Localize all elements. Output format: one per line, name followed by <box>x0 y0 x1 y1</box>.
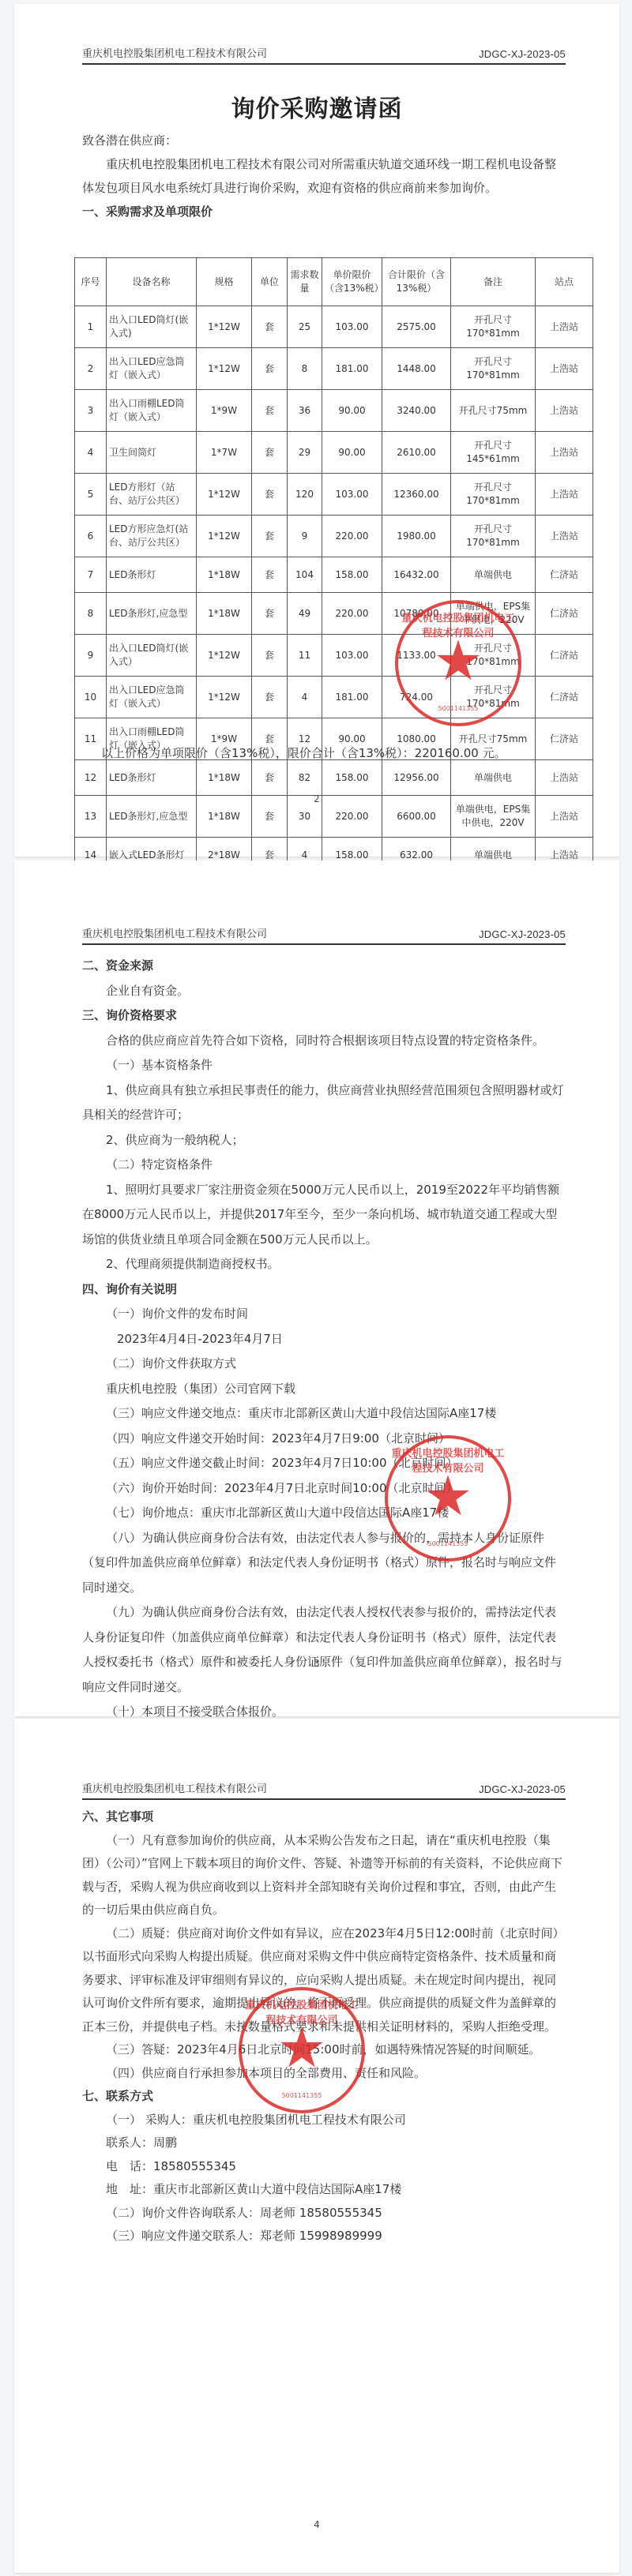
item-remark: 单端供电 <box>451 557 536 593</box>
item-spec: 1*9W <box>197 390 252 432</box>
section-2-body: 企业自有资金。 <box>82 979 567 1004</box>
col-header: 规格 <box>197 258 252 306</box>
item-remark: 开孔尺寸170*81mm <box>451 516 536 557</box>
item-remark: 开孔尺寸170*81mm <box>451 635 536 677</box>
total-price: 10780.00 <box>382 593 451 635</box>
other-item-2: （二）质疑：供应商对询价文件如有异议，应在2023年4月5日12:00时前（北京… <box>82 1922 567 2039</box>
page-number: 4 <box>14 2519 619 2530</box>
item-remark: 开孔尺寸170*81mm <box>451 306 536 348</box>
row-number: 3 <box>75 390 107 432</box>
table-row: 12LED条形灯1*18W套82158.0012956.00单端供电上浩站 <box>75 760 593 796</box>
col-header: 备注 <box>451 258 536 306</box>
item-quantity: 82 <box>288 760 322 796</box>
item-quantity: 4 <box>288 677 322 718</box>
page-4-body: 六、其它事项 （一）凡有意参加询价的供应商，从本采购公告发布之日起，请在“重庆机… <box>82 1805 567 2248</box>
item-site: 上浩站 <box>536 348 593 390</box>
other-item-3: （三）答疑：2023年4月6日北京时间15:00时前，如遇特殊情况答疑的时间顺延… <box>82 2038 567 2062</box>
header-doc-code: JDGC-XJ-2023-05 <box>479 928 566 940</box>
item-unit: 套 <box>252 390 288 432</box>
row-number: 9 <box>75 635 107 677</box>
header-company: 重庆机电控股集团机电工程技术有限公司 <box>82 1780 267 1795</box>
section-7-heading: 七、联系方式 <box>82 2085 567 2109</box>
special-qualification-2: 2、代理商须提供制造商授权书。 <box>82 1252 567 1277</box>
submission-start: （四）响应文件递交开始时间：2023年4月7日9:00（北京时间） <box>82 1427 567 1452</box>
inquiry-start: （六）询价开始时间：2023年4月7日北京时间10:00（北京时间） <box>82 1476 567 1502</box>
section-3-heading: 三、询价资格要求 <box>82 1003 567 1029</box>
col-header: 序号 <box>75 258 107 306</box>
table-row: 3出入口雨棚LED筒灯（嵌入式）1*9W套3690.003240.00开孔尺寸7… <box>75 390 593 432</box>
item-site: 仁济站 <box>536 635 593 677</box>
contact-person: 联系人：周鹏 <box>82 2132 567 2155</box>
total-price: 12956.00 <box>382 760 451 796</box>
legal-rep-requirement: （八）为确认供应商身份合法有效，由法定代表人参与报价的，需持本人身份证原件（复印… <box>82 1526 567 1601</box>
purchaser: （一） 采购人：重庆机电控股集团机电工程技术有限公司 <box>82 2109 567 2132</box>
submission-location: （三）响应文件递交地点：重庆市北部新区黄山大道中段信达国际A座17楼 <box>82 1401 567 1427</box>
item-unit: 套 <box>252 516 288 557</box>
col-header: 设备名称 <box>107 258 197 306</box>
contact-phone: 电 话：18580555345 <box>82 2155 567 2179</box>
item-remark: 单端供电，EPS集中供电，220V <box>451 593 536 635</box>
item-name: 出入口LED应急筒灯（嵌入式） <box>107 348 197 390</box>
item-site: 仁济站 <box>536 557 593 593</box>
row-number: 7 <box>75 557 107 593</box>
item-unit: 套 <box>252 635 288 677</box>
inquiry-location: （七）询价地点：重庆市北部新区黄山大道中段信达国际A座17楼 <box>82 1501 567 1526</box>
intro-paragraph: 重庆机电控股集团机电工程技术有限公司对所需重庆轨道交通环线一期工程机电设备整体发… <box>82 152 567 200</box>
col-header: 需求数量 <box>288 258 322 306</box>
item-name: 出入口LED筒灯(嵌入式) <box>107 306 197 348</box>
item-spec: 1*12W <box>197 474 252 516</box>
item-unit: 套 <box>252 306 288 348</box>
inquiry-consultant: （二）询价文件咨询联系人：周老师 18580555345 <box>82 2202 567 2225</box>
unit-price: 158.00 <box>322 557 382 593</box>
total-price: 1980.00 <box>382 516 451 557</box>
item-site: 仁济站 <box>536 677 593 718</box>
other-item-1: （一）凡有意参加询价的供应商，从本采购公告发布之日起，请在“重庆机电控股（集团）… <box>82 1829 567 1922</box>
item-name: 卫生间筒灯 <box>107 432 197 474</box>
item-spec: 1*12W <box>197 635 252 677</box>
row-number: 1 <box>75 306 107 348</box>
item-site: 仁济站 <box>536 593 593 635</box>
item-quantity: 9 <box>288 516 322 557</box>
item-spec: 1*18W <box>197 557 252 593</box>
item-site: 上浩站 <box>536 306 593 348</box>
contact-address: 地 址：重庆市北部新区黄山大道中段信达国际A座17楼 <box>82 2178 567 2202</box>
total-price: 2610.00 <box>382 432 451 474</box>
unit-price: 181.00 <box>322 348 382 390</box>
col-header: 站点 <box>536 258 593 306</box>
section-1-heading: 一、采购需求及单项限价 <box>82 200 567 223</box>
section-6-heading: 六、其它事项 <box>82 1805 567 1829</box>
release-time-heading: （一）询价文件的发布时间 <box>82 1302 567 1327</box>
document-page-3: 重庆机电控股集团机电工程技术有限公司 JDGC-XJ-2023-05 二、资金来… <box>14 861 619 1716</box>
section-3-intro: 合格的供应商应首先符合如下资格，同时符合根据该项目特点设置的特定资格条件。 <box>82 1029 567 1054</box>
item-remark: 单端供电 <box>451 760 536 796</box>
price-note: 以上价格为单项限价（含13%税），限价合计（含13%税）：220160.00 元… <box>101 744 506 761</box>
table-row: 10出入口LED应急筒灯（嵌入式）1*12W套4181.00724.00开孔尺寸… <box>75 677 593 718</box>
row-number: 2 <box>75 348 107 390</box>
header-doc-code: JDGC-XJ-2023-05 <box>479 48 566 60</box>
item-remark: 开孔尺寸145*61mm <box>451 432 536 474</box>
submission-contact: （三）响应文件递交联系人：郑老师 15998989999 <box>82 2225 567 2248</box>
item-spec: 1*12W <box>197 516 252 557</box>
row-number: 4 <box>75 432 107 474</box>
item-unit: 套 <box>252 348 288 390</box>
item-unit: 套 <box>252 557 288 593</box>
item-remark: 开孔尺寸75mm <box>451 390 536 432</box>
intro-block: 致各潜在供应商： 重庆机电控股集团机电工程技术有限公司对所需重庆轨道交通环线一期… <box>82 129 567 223</box>
total-price: 3240.00 <box>382 390 451 432</box>
item-name: LED条形灯 <box>107 760 197 796</box>
document-page-4: 重庆机电控股集团机电工程技术有限公司 JDGC-XJ-2023-05 六、其它事… <box>14 1719 619 2573</box>
table-row: 4卫生间筒灯1*7W套2990.002610.00开孔尺寸145*61mm上浩站 <box>75 432 593 474</box>
other-item-4: （四）供应商自行承担参加本项目的全部费用、责任和风险。 <box>82 2062 567 2086</box>
total-price: 724.00 <box>382 677 451 718</box>
item-quantity: 8 <box>288 348 322 390</box>
item-spec: 1*7W <box>197 432 252 474</box>
document-page-2: 重庆机电控股集团机电工程技术有限公司 JDGC-XJ-2023-05 询价采购邀… <box>14 4 619 857</box>
unit-price: 181.00 <box>322 677 382 718</box>
item-quantity: 29 <box>288 432 322 474</box>
item-site: 上浩站 <box>536 390 593 432</box>
unit-price: 90.00 <box>322 390 382 432</box>
basic-qualification-1: 1、供应商具有独立承担民事责任的能力，供应商营业执照经营范围须包含照明器材或灯具… <box>82 1078 567 1128</box>
item-spec: 1*18W <box>197 760 252 796</box>
header-company: 重庆机电控股集团机电工程技术有限公司 <box>82 925 267 940</box>
item-name: LED条形灯 <box>107 557 197 593</box>
row-number: 10 <box>75 677 107 718</box>
item-unit: 套 <box>252 593 288 635</box>
unit-price: 103.00 <box>322 474 382 516</box>
item-unit: 套 <box>252 760 288 796</box>
table-row: 8LED条形灯,应急型1*18W套49220.0010780.00单端供电，EP… <box>75 593 593 635</box>
item-remark: 开孔尺寸170*81mm <box>451 348 536 390</box>
item-spec: 1*12W <box>197 348 252 390</box>
unit-price: 103.00 <box>322 306 382 348</box>
item-site: 上浩站 <box>536 432 593 474</box>
item-quantity: 104 <box>288 557 322 593</box>
unit-price: 90.00 <box>322 432 382 474</box>
page-title: 询价采购邀请函 <box>14 89 619 124</box>
item-quantity: 11 <box>288 635 322 677</box>
item-quantity: 36 <box>288 390 322 432</box>
page-number: 3 <box>14 1658 619 1669</box>
row-number: 5 <box>75 474 107 516</box>
total-price: 16432.00 <box>382 557 451 593</box>
item-unit: 套 <box>252 474 288 516</box>
special-qualification-1: 1、照明灯具要求厂家注册资金须在5000万元人民币以上，2019至2022年平均… <box>82 1178 567 1253</box>
col-header: 单价限价（含13%税） <box>322 258 382 306</box>
item-name: LED条形灯,应急型 <box>107 593 197 635</box>
table-row: 2出入口LED应急筒灯（嵌入式）1*12W套8181.001448.00开孔尺寸… <box>75 348 593 390</box>
special-qualifications-heading: （二）特定资格条件 <box>82 1153 567 1178</box>
page-number: 2 <box>14 793 619 804</box>
item-quantity: 25 <box>288 306 322 348</box>
table-header-row: 序号 设备名称 规格 单位 需求数量 单价限价（含13%税） 合计限价（含13%… <box>75 258 593 306</box>
item-remark: 开孔尺寸170*81mm <box>451 474 536 516</box>
unit-price: 220.00 <box>322 516 382 557</box>
unit-price: 158.00 <box>322 760 382 796</box>
authorized-rep-requirement: （九）为确认供应商身份合法有效，由法定代表人授权代表参与报价的，需持法定代表人身… <box>82 1600 567 1700</box>
item-name: 出入口LED筒灯(嵌入式） <box>107 635 197 677</box>
unit-price: 103.00 <box>322 635 382 677</box>
release-time-value: 2023年4月4日-2023年4月7日 <box>82 1327 567 1352</box>
basic-qualification-2: 2、供应商为一般纳税人； <box>82 1128 567 1153</box>
page-header: 重庆机电控股集团机电工程技术有限公司 JDGC-XJ-2023-05 <box>82 1780 566 1800</box>
item-remark: 开孔尺寸170*81mm <box>451 677 536 718</box>
item-spec: 1*12W <box>197 306 252 348</box>
item-spec: 1*18W <box>197 593 252 635</box>
header-doc-code: JDGC-XJ-2023-05 <box>479 1783 566 1795</box>
total-price: 1448.00 <box>382 348 451 390</box>
header-company: 重庆机电控股集团机电工程技术有限公司 <box>82 45 267 60</box>
salutation: 致各潜在供应商： <box>82 129 567 152</box>
item-site: 上浩站 <box>536 516 593 557</box>
acquisition-heading: （二）询价文件获取方式 <box>82 1352 567 1377</box>
item-name: 出入口LED应急筒灯（嵌入式） <box>107 677 197 718</box>
total-price: 12360.00 <box>382 474 451 516</box>
item-site: 上浩站 <box>536 474 593 516</box>
item-spec: 1*12W <box>197 677 252 718</box>
table-row: 1出入口LED筒灯(嵌入式)1*12W套25103.002575.00开孔尺寸1… <box>75 306 593 348</box>
row-number: 6 <box>75 516 107 557</box>
item-unit: 套 <box>252 432 288 474</box>
item-unit: 套 <box>252 677 288 718</box>
total-price: 1133.00 <box>382 635 451 677</box>
col-header: 合计限价（含13%税） <box>382 258 451 306</box>
acquisition-value: 重庆机电控股（集团）公司官网下载 <box>82 1377 567 1402</box>
submission-deadline: （五）响应文件递交截止时间：2023年4月7日10:00（北京时间） <box>82 1451 567 1476</box>
item-quantity: 120 <box>288 474 322 516</box>
table-row: 9出入口LED筒灯(嵌入式）1*12W套11103.001133.00开孔尺寸1… <box>75 635 593 677</box>
table-row: 7LED条形灯1*18W套104158.0016432.00单端供电仁济站 <box>75 557 593 593</box>
item-quantity: 49 <box>288 593 322 635</box>
section-4-heading: 四、询价有关说明 <box>82 1277 567 1303</box>
item-site: 仁济站 <box>536 718 593 760</box>
row-number: 8 <box>75 593 107 635</box>
item-name: LED方形灯（站台、站厅公共区） <box>107 474 197 516</box>
section-2-heading: 二、资金来源 <box>82 954 567 979</box>
col-header: 单位 <box>252 258 288 306</box>
item-name: 出入口雨棚LED筒灯（嵌入式） <box>107 390 197 432</box>
item-site: 上浩站 <box>536 760 593 796</box>
table-row: 6LED方形应急灯(站台、站厅公共区）1*12W套9220.001980.00开… <box>75 516 593 557</box>
page-header: 重庆机电控股集团机电工程技术有限公司 JDGC-XJ-2023-05 <box>82 925 566 945</box>
basic-qualifications-heading: （一）基本资格条件 <box>82 1053 567 1078</box>
total-price: 2575.00 <box>382 306 451 348</box>
page-header: 重庆机电控股集团机电工程技术有限公司 JDGC-XJ-2023-05 <box>82 45 566 65</box>
table-row: 5LED方形灯（站台、站厅公共区）1*12W套120103.0012360.00… <box>75 474 593 516</box>
row-number: 12 <box>75 760 107 796</box>
item-name: LED方形应急灯(站台、站厅公共区） <box>107 516 197 557</box>
unit-price: 220.00 <box>322 593 382 635</box>
